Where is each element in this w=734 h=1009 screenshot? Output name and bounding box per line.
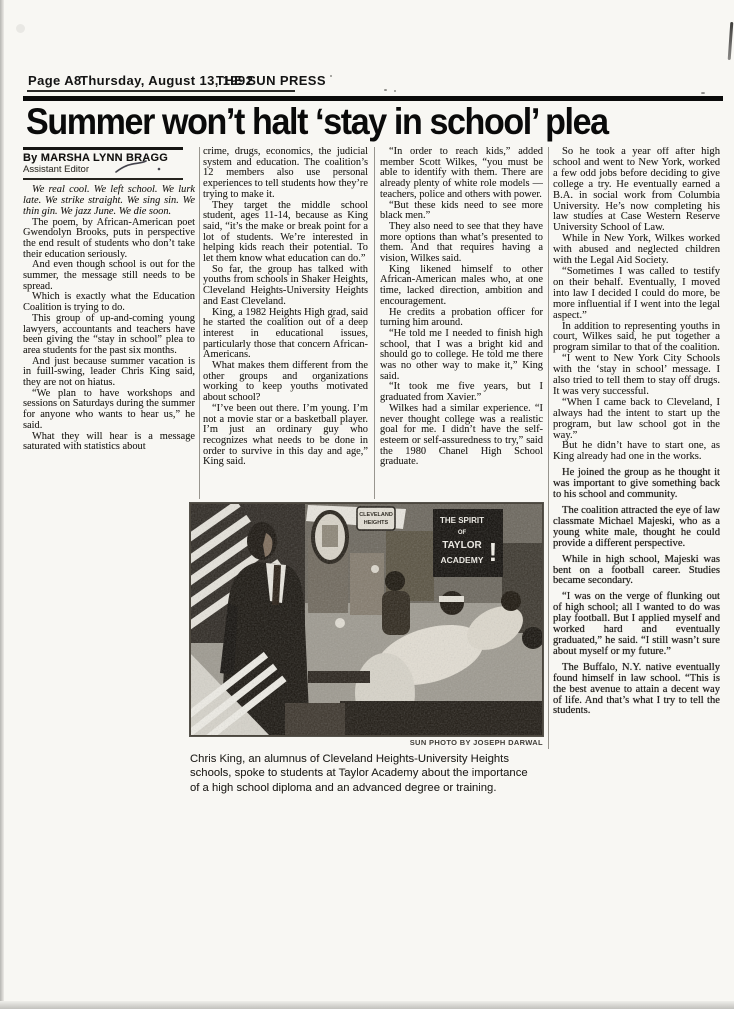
article-paragraph: But he didn’t have to start one, as King… [553, 441, 720, 463]
byline-rule [23, 178, 183, 180]
article-paragraph: “I was on the verge of flunking out of h… [553, 592, 720, 657]
column-rule [374, 147, 375, 499]
article-paragraph: King, a 1982 Heights High grad, said he … [203, 308, 368, 362]
article-paragraph: “I went to New York City Schools with th… [553, 354, 720, 398]
article-paragraph: And even though school is out for the su… [23, 260, 195, 292]
article-paragraph: “It took me five years, but I graduated … [380, 382, 543, 403]
masthead-rule [27, 90, 295, 92]
article-paragraph: “Sometimes I was called to testify on th… [553, 267, 720, 322]
article-paragraph: This group of up-and-coming young lawyer… [23, 314, 195, 357]
article-paragraph: “We plan to have workshops and sessions … [23, 389, 195, 432]
article-paragraph: While in New York, Wilkes worked with ab… [553, 234, 720, 267]
article-paragraph: Which is exactly what the Education Coal… [23, 292, 195, 313]
article-paragraph: crime, drugs, economics, the judicial sy… [203, 147, 368, 201]
scan-speck [384, 89, 387, 91]
article-paragraph: Wilkes had a similar experience. “I neve… [380, 404, 543, 468]
article-column-4: So he took a year off after high school … [553, 147, 720, 752]
poem-excerpt: We real cool. We left school. We lurk la… [23, 185, 195, 217]
article-paragraph: They also need to see that they have mor… [380, 222, 543, 265]
article-paragraph: King likened himself to other African-Am… [380, 265, 543, 308]
scan-speck [394, 90, 396, 92]
article-photo: CLEVELAND HEIGHTS THE SPIRIT OF TAYLOR A… [190, 503, 543, 736]
article-paragraph: He joined the group as he thought it was… [553, 468, 720, 501]
article-paragraph: What makes them different from the other… [203, 361, 368, 404]
article-paragraph: And just because summer vacation is in f… [23, 357, 195, 389]
newspaper-page: Page A8 Thursday, August 13, 1992 THE SU… [0, 0, 734, 1009]
article-paragraph: “In order to reach kids,” added member S… [380, 147, 543, 201]
scan-edge-left [0, 0, 4, 1009]
article-paragraph: So he took a year off after high school … [553, 147, 720, 234]
photo-credit: SUN PHOTO BY JOSEPH DARWAL [343, 738, 543, 747]
article-paragraph: While in high school, Majeski was bent o… [553, 555, 720, 588]
photo-illustration: CLEVELAND HEIGHTS THE SPIRIT OF TAYLOR A… [190, 503, 543, 736]
article-paragraph: The poem, by African-American poet Gwend… [23, 218, 195, 261]
article-paragraph: So far, the group has talked with youths… [203, 265, 368, 308]
page-number-label: Page A8 [28, 73, 82, 88]
article-paragraph: “But these kids need to see more black m… [380, 201, 543, 222]
scan-blob-topleft [16, 24, 25, 33]
photo-caption: Chris King, an alumnus of Cleveland Heig… [190, 752, 539, 795]
article-paragraph: “I’ve been out there. I’m young. I’m not… [203, 404, 368, 468]
article-paragraph: The coalition attracted the eye of law c… [553, 506, 720, 550]
column-rule [548, 147, 549, 749]
article-column-3: “In order to reach kids,” added member S… [380, 147, 543, 497]
article-column-2: crime, drugs, economics, the judicial sy… [203, 147, 368, 497]
scan-speck [701, 92, 705, 94]
article-paragraph: He credits a probation officer for turni… [380, 308, 543, 329]
article-paragraph: “When I came back to Cleveland, I always… [553, 398, 720, 442]
pen-mark [112, 158, 172, 176]
article-paragraph: The Buffalo, N.Y. native eventually foun… [553, 663, 720, 718]
article-paragraph: “He told me I needed to finish high scho… [380, 329, 543, 383]
article-paragraph: They target the middle school student, a… [203, 201, 368, 265]
article-paragraph: In addition to representing youths in co… [553, 322, 720, 355]
scan-speck [330, 75, 332, 77]
scan-edge-bottom [0, 1001, 734, 1009]
byline-rule [23, 147, 183, 150]
article-headline: Summer won’t halt ‘stay in school’ plea [26, 101, 608, 143]
article-paragraph: What they will hear is a message saturat… [23, 432, 195, 453]
column-rule [199, 147, 200, 499]
article-column-1: By MARSHA LYNN BRAGG Assistant Editor We… [23, 147, 195, 492]
paper-name: THE SUN PRESS [216, 73, 326, 88]
scan-mark-topright [728, 22, 734, 60]
